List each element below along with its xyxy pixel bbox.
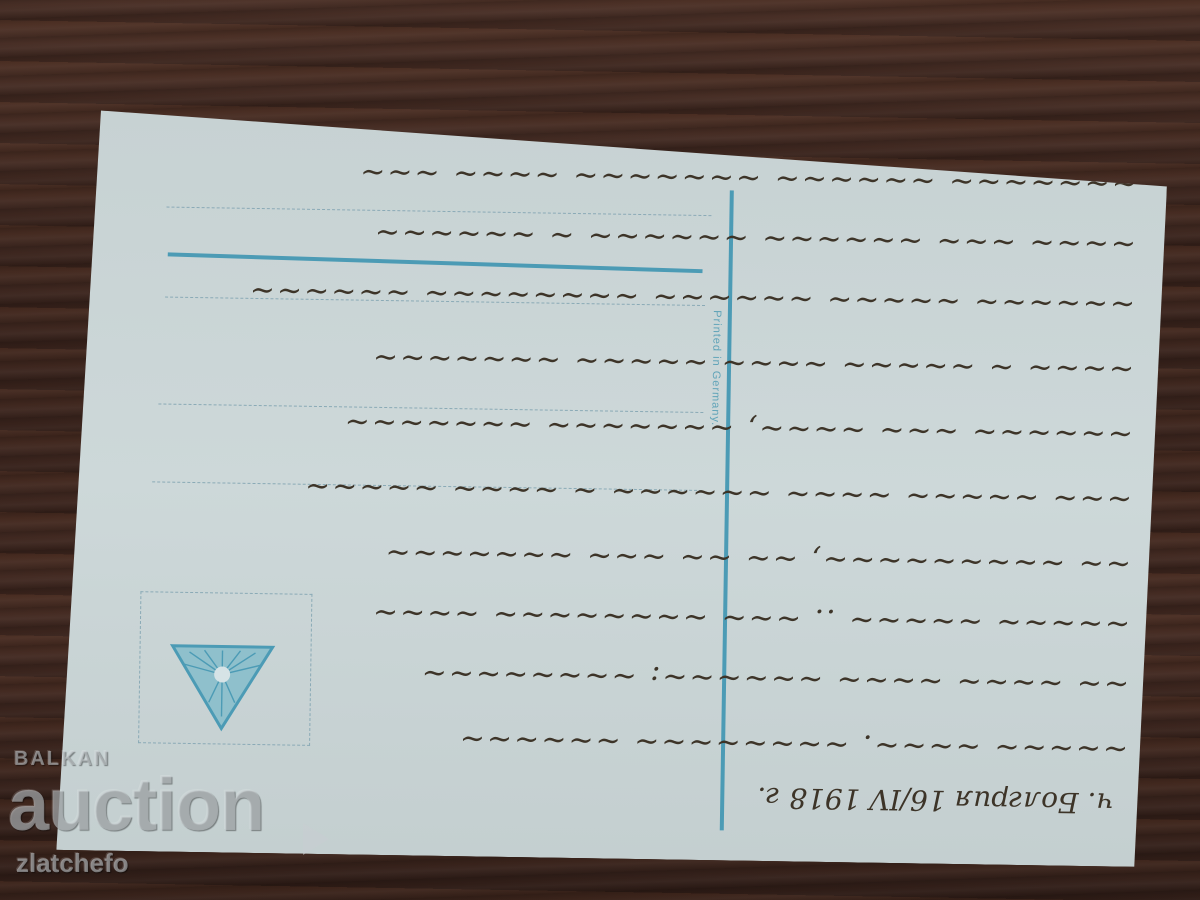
- handwriting-line: ~~~~~~~ ~~~~~~ ~~~~~~~ ~~~~ ~~~: [127, 151, 1137, 202]
- handwriting-line: ~~~ ~~~~~ ~~~~ ~~~~~~ ~ ~~~~ ~~~~~: [122, 466, 1132, 517]
- horizontal-divider-line: [168, 252, 703, 273]
- handwriting-line: ~~~~ ~ ~~~~~ ~~~~ ~~~~~ ~~~~~~~: [124, 336, 1134, 387]
- watermark-auction: auction: [8, 762, 264, 847]
- handwriting-line: ~~~~ ~~~ ~~~~~~ ~~~~~~ ~ ~~~~~~: [126, 211, 1136, 262]
- handwriting-line: ~~~~~ ~~~~. ~~~~~~~~ ~~~~~~: [118, 716, 1128, 767]
- postcard: Printed in Germany. ~~~~~~~ ~~~~~~ ~~~~~…: [56, 110, 1167, 867]
- handwritten-date: ч. Болгрия 16/IV 1918 г.: [757, 781, 1114, 820]
- watermark-seller-name: zlatchefo: [16, 848, 129, 879]
- handwriting-line: ~~~~~~ ~~~ ~~~~, ~~~~~~~ ~~~~~~~: [123, 401, 1133, 452]
- handwriting-line: ~~ ~~~~~~~~~, ~~ ~~ ~~~ ~~~~~~~: [121, 531, 1131, 582]
- watermark-play-arrow-icon: [303, 823, 329, 855]
- handwriting-line: ~~~~~~ ~~~~~ ~~~~~~ ~~~~~~~~ ~~~~~~: [125, 271, 1135, 322]
